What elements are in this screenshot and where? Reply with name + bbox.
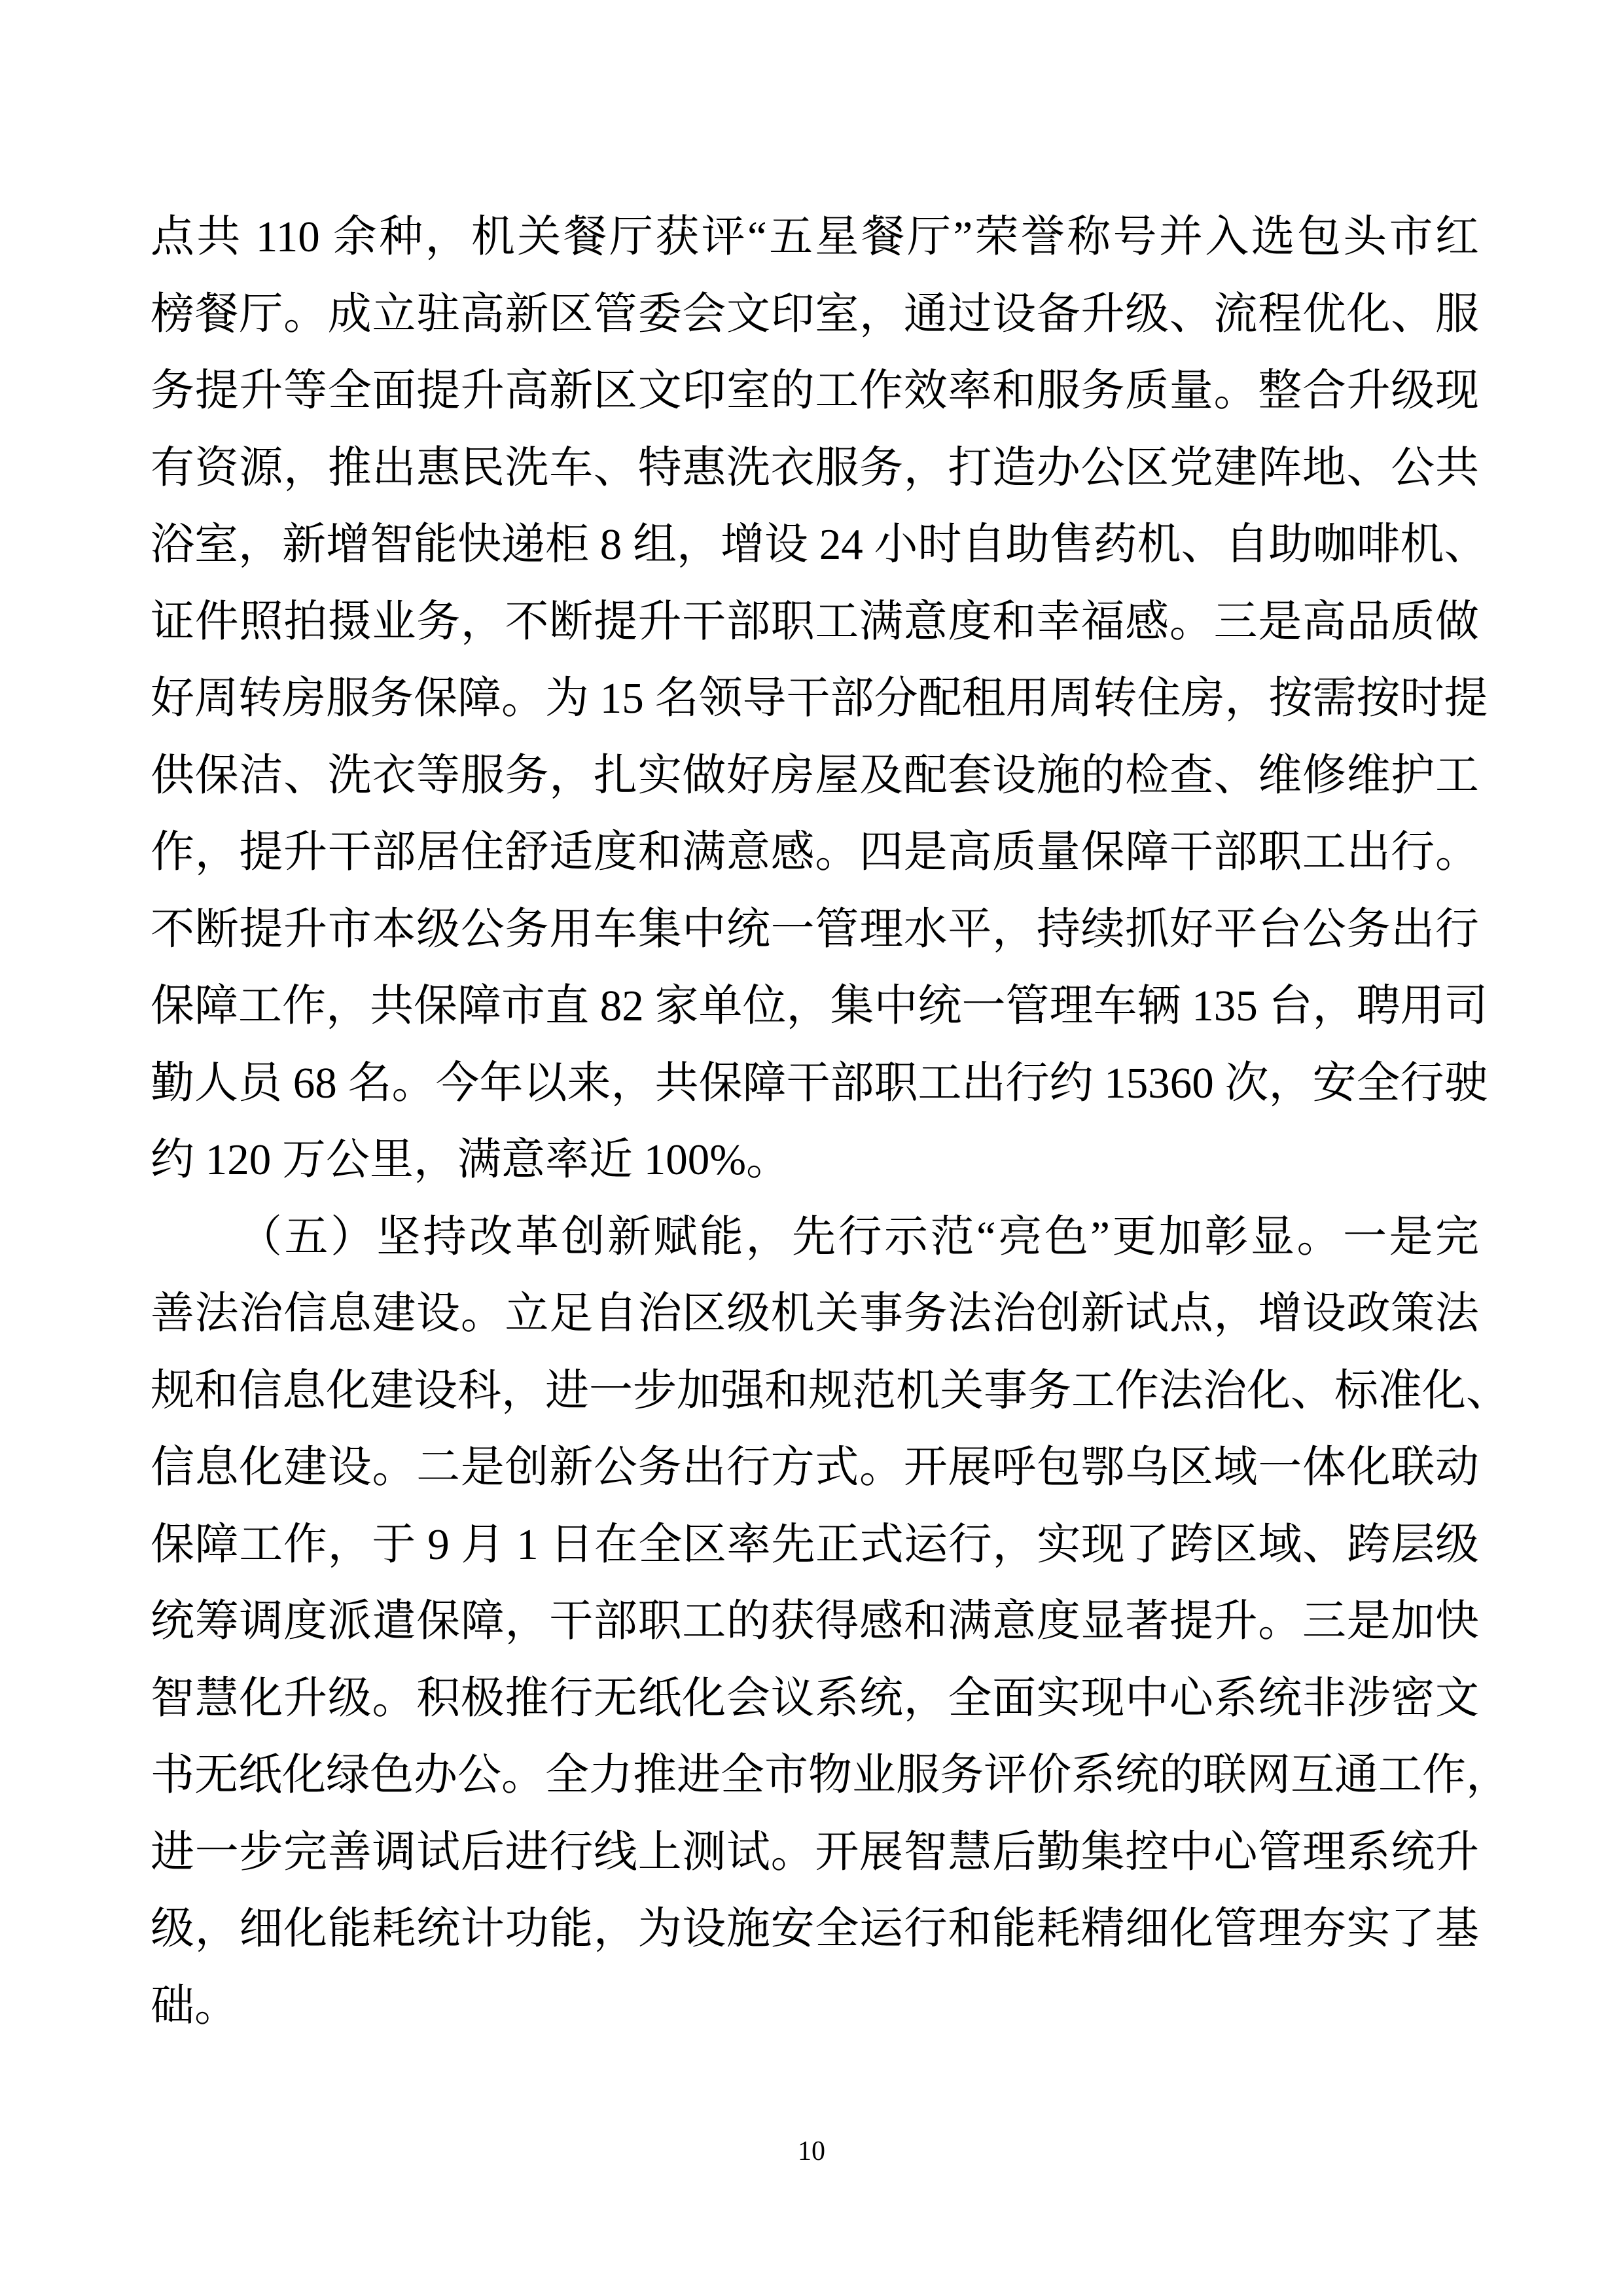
text-line: 务提升等全面提升高新区文印室的工作效率和服务质量。整合升级现 [151,353,1479,430]
text-line-paragraph-start: （五）坚持改革创新赋能，先行示范“亮色”更加彰显。一是完 [151,1199,1479,1276]
document-page: 点共 110 余种，机关餐厅获评“五星餐厅”荣誉称号并入选包头市红 榜餐厅。成立… [0,0,1623,2296]
text-line: 规和信息化建设科，进一步加强和规范机关事务工作法治化、标准化、 [151,1353,1479,1430]
text-line-paragraph-end: 础。 [151,1968,1479,2045]
text-line: 书无纸化绿色办公。全力推进全市物业服务评价系统的联网互通工作， [151,1737,1479,1814]
text-line: 供保洁、洗衣等服务，扎实做好房屋及配套设施的检查、维修维护工 [151,738,1479,815]
text-line: 进一步完善调试后进行线上测试。开展智慧后勤集控中心管理系统升 [151,1814,1479,1892]
body-text: 点共 110 余种，机关餐厅获评“五星餐厅”荣誉称号并入选包头市红 榜餐厅。成立… [151,199,1479,2045]
text-line: 点共 110 余种，机关餐厅获评“五星餐厅”荣誉称号并入选包头市红 [151,199,1479,276]
text-line: 善法治信息建设。立足自治区级机关事务法治创新试点，增设政策法 [151,1276,1479,1353]
text-line: 证件照拍摄业务，不断提升干部职工满意度和幸福感。三是高品质做 [151,584,1479,661]
text-line: 不断提升市本级公务用车集中统一管理水平，持续抓好平台公务出行 [151,891,1479,969]
text-line: 榜餐厅。成立驻高新区管委会文印室，通过设备升级、流程优化、服 [151,276,1479,353]
text-line: 好周转房服务保障。为 15 名领导干部分配租用周转住房，按需按时提 [151,660,1479,738]
text-line: 作，提升干部居住舒适度和满意感。四是高质量保障干部职工出行。 [151,814,1479,891]
page-number: 10 [0,2135,1623,2168]
text-line: 级，细化能耗统计功能，为设施安全运行和能耗精细化管理夯实了基 [151,1891,1479,1968]
text-line: 统筹调度派遣保障，干部职工的获得感和满意度显著提升。三是加快 [151,1583,1479,1660]
text-line: 保障工作，共保障市直 82 家单位，集中统一管理车辆 135 台，聘用司 [151,968,1479,1045]
text-line: 有资源，推出惠民洗车、特惠洗衣服务，打造办公区党建阵地、公共 [151,430,1479,507]
text-line: 信息化建设。二是创新公务出行方式。开展呼包鄂乌区域一体化联动 [151,1429,1479,1507]
text-line: 保障工作，于 9 月 1 日在全区率先正式运行，实现了跨区域、跨层级 [151,1507,1479,1584]
text-line: 勤人员 68 名。今年以来，共保障干部职工出行约 15360 次，安全行驶 [151,1045,1479,1122]
text-line-paragraph-end: 约 120 万公里，满意率近 100%。 [151,1122,1479,1199]
text-line: 浴室，新增智能快递柜 8 组，增设 24 小时自助售药机、自助咖啡机、 [151,507,1479,584]
text-line: 智慧化升级。积极推行无纸化会议系统，全面实现中心系统非涉密文 [151,1660,1479,1738]
